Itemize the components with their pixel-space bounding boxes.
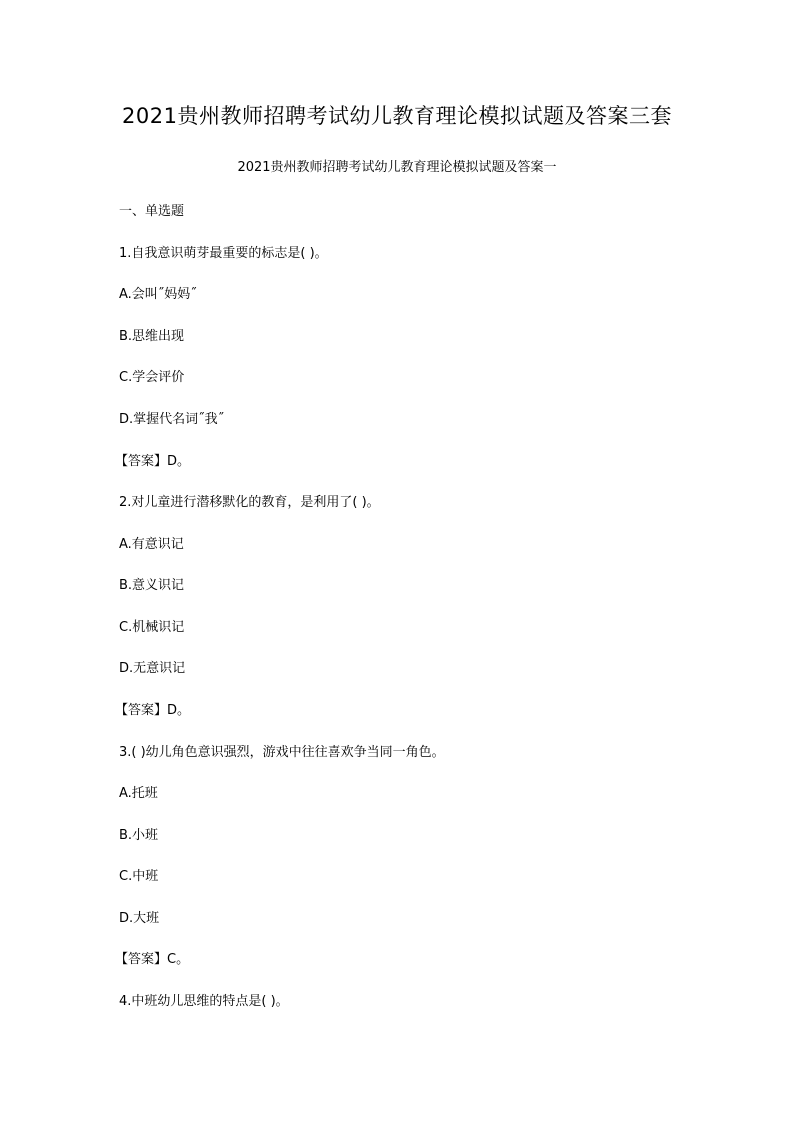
question-option: A.有意识记 <box>119 535 184 555</box>
question-answer: 【答案】C。 <box>115 950 189 970</box>
question-option: B.小班 <box>119 826 158 846</box>
question-option: B.思维出现 <box>119 327 184 347</box>
question-option: C.中班 <box>119 867 158 887</box>
document-subtitle: 2021贵州教师招聘考试幼儿教育理论模拟试题及答案一 <box>0 158 794 178</box>
question-answer: 【答案】D。 <box>115 701 190 721</box>
question-option: D.掌握代名词˝我˝ <box>119 410 224 430</box>
document-title: 2021贵州教师招聘考试幼儿教育理论模拟试题及答案三套 <box>0 102 794 130</box>
question-option: B.意义识记 <box>119 576 184 596</box>
question-stem: 2.对儿童进行潜移默化的教育，是利用了( )。 <box>119 493 380 513</box>
question-stem: 3.( )幼儿角色意识强烈，游戏中往往喜欢争当同一角色。 <box>119 743 445 763</box>
question-option: C.学会评价 <box>119 368 184 388</box>
question-stem: 4.中班幼儿思维的特点是( )。 <box>119 992 289 1012</box>
question-option: A.托班 <box>119 784 158 804</box>
document-page: 2021贵州教师招聘考试幼儿教育理论模拟试题及答案三套 2021贵州教师招聘考试… <box>0 0 794 1123</box>
question-option: D.无意识记 <box>119 659 185 679</box>
question-stem: 1.自我意识萌芽最重要的标志是( )。 <box>119 244 328 264</box>
question-option: D.大班 <box>119 909 159 929</box>
question-option: A.会叫˝妈妈˝ <box>119 285 197 305</box>
question-answer: 【答案】D。 <box>115 452 190 472</box>
question-option: C.机械识记 <box>119 618 184 638</box>
section-heading: 一、单选题 <box>119 202 184 222</box>
